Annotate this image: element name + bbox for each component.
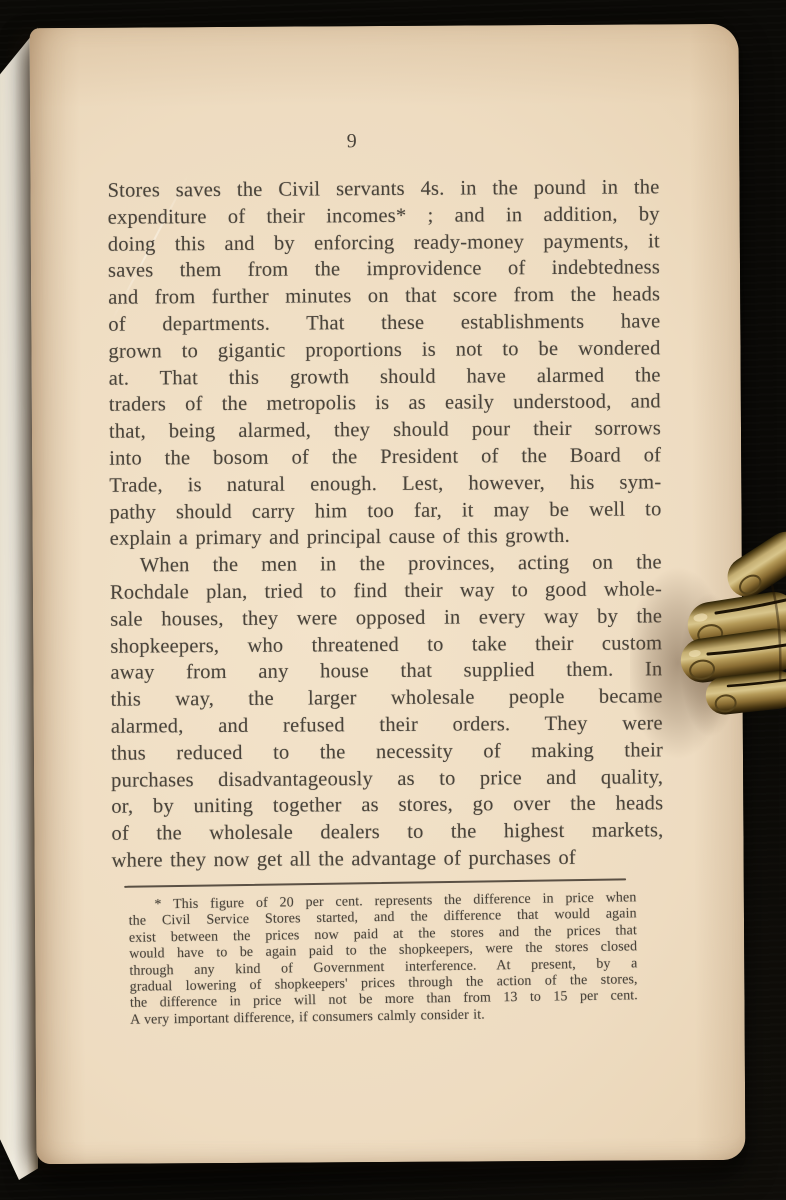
body-line: thus reduced to the necessity of making … — [111, 737, 663, 767]
body-line: this way, the larger wholesale people be… — [111, 683, 663, 713]
body-line: Trade, is natural enough. Lest, however,… — [109, 469, 661, 499]
body-line: where they now get all the advantage of … — [112, 844, 664, 874]
footnote: * This figure of 20 per cent. represents… — [122, 878, 640, 1029]
body-line: traders of the metropolis is as easily u… — [109, 389, 661, 419]
body-line: shopkeepers, who threatened to take thei… — [110, 630, 662, 660]
body-line: that, being alarmed, they should pour th… — [109, 415, 661, 445]
footnote-separator — [124, 878, 626, 887]
body-line: doing this and by enforcing ready-money … — [108, 228, 660, 258]
body-line: at. That this growth should have alarmed… — [109, 362, 661, 392]
body-line: When the men in the provinces, acting on… — [110, 549, 662, 579]
body-line: and from further minutes on that score f… — [108, 282, 660, 312]
body-line: into the bosom of the President of the B… — [109, 442, 661, 472]
body-line: Stores saves the Civil servants 4s. in t… — [107, 174, 659, 204]
footnote-text: * This figure of 20 per cent. represents… — [128, 890, 638, 1029]
paragraph: When the men in the provinces, acting on… — [110, 549, 664, 874]
body-line: or, by uniting together as stores, go ov… — [111, 791, 663, 821]
body-line: pathy should carry him too far, it may b… — [109, 496, 661, 526]
body-line: of departments. That these establishment… — [108, 308, 660, 338]
body-line: alarmed, and refused their orders. They … — [111, 710, 663, 740]
body-line: expenditure of their incomes* ; and in a… — [108, 201, 660, 231]
paragraph: Stores saves the Civil servants 4s. in t… — [107, 174, 661, 553]
body-line: grown to gigantic proportions is not to … — [108, 335, 660, 365]
brass-hand — [630, 513, 786, 765]
body-line: saves them from the improvidence of inde… — [108, 255, 660, 285]
body-line: purchases disadvantageously as to price … — [111, 764, 663, 794]
body-line: away from any house that supplied them. … — [110, 657, 662, 687]
body-line: explain a primary and principal cause of… — [110, 523, 662, 553]
body-line: sale houses, they were opposed in every … — [110, 603, 662, 633]
body-line: of the wholesale dealers to the highest … — [111, 817, 663, 847]
body-line: Rochdale plan, tried to find their way t… — [110, 576, 662, 606]
page-number: 9 — [107, 128, 659, 154]
body-text: Stores saves the Civil servants 4s. in t… — [107, 174, 663, 874]
